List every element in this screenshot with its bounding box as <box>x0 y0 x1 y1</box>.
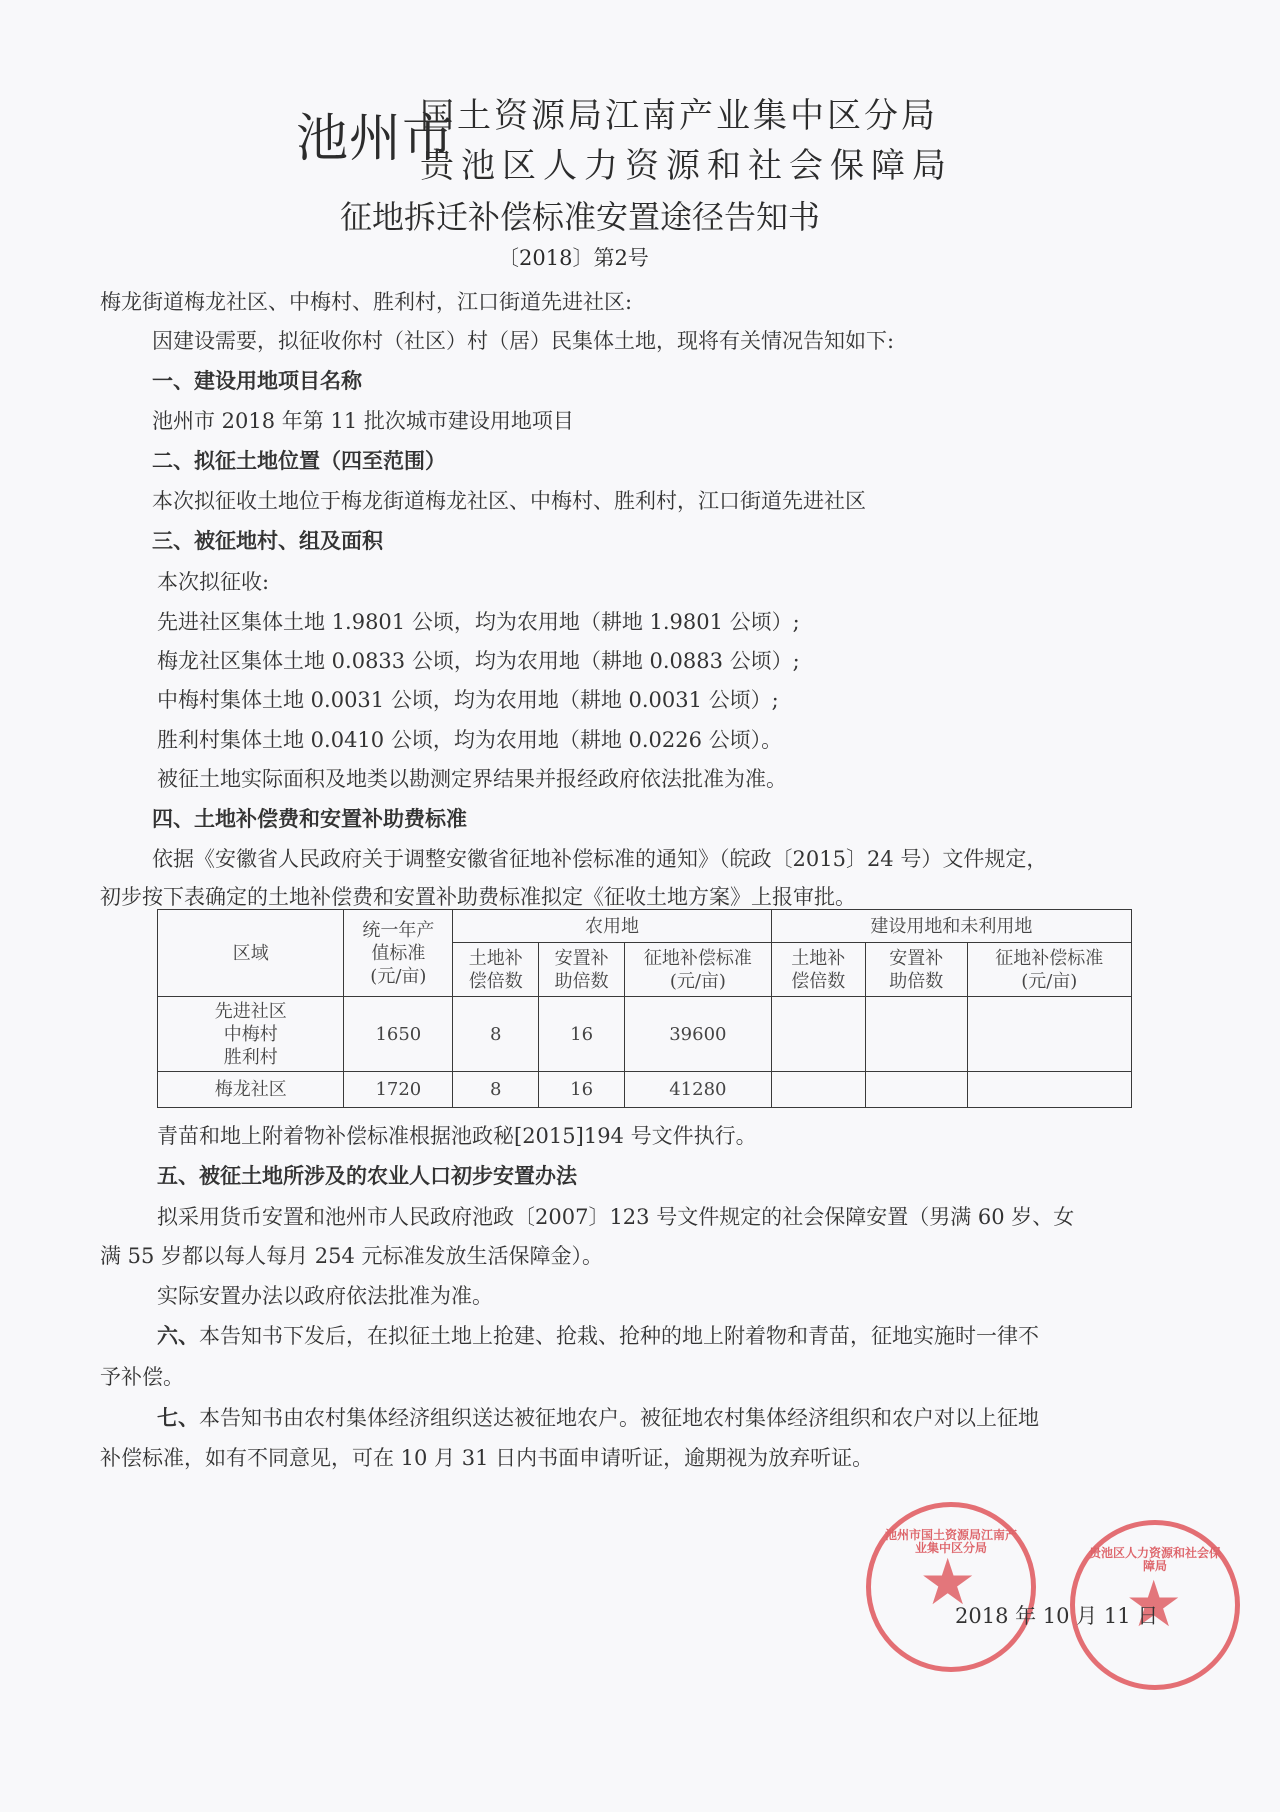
section-6-para-1: 六、本告知书下发后，在拟征土地上抢建、抢栽、抢种的地上附着物和青苗，征地实施时一… <box>157 1320 1039 1350</box>
cell-farm-resettle: 16 <box>539 1072 625 1108</box>
cell-con-land-comp <box>771 997 865 1072</box>
section-7-para-1: 七、本告知书由农村集体经济组织送达被征地农户。被征地农村集体经济组织和农户对以上… <box>157 1402 1039 1432</box>
header-line: (元/亩) <box>968 970 1132 993</box>
section-5-para-1: 拟采用货币安置和池州市人民政府池政〔2007〕123 号文件规定的社会保障安置（… <box>157 1201 1074 1231</box>
header-line: 土地补 <box>772 947 865 970</box>
header-line: 安置补 <box>866 947 967 970</box>
intro-paragraph: 因建设需要，拟征收你村（社区）村（居）民集体土地，现将有关情况告知如下: <box>152 325 894 355</box>
cell-region: 梅龙社区 <box>158 1072 344 1108</box>
header-org-1: 国土资源局江南产业集中区分局 <box>420 88 938 137</box>
section-5-heading: 五、被征土地所涉及的农业人口初步安置办法 <box>157 1160 577 1190</box>
header-group-farm: 农用地 <box>453 910 771 943</box>
header-line: 征地补偿标准 <box>968 947 1132 970</box>
section-3-line: 梅龙社区集体土地 0.0833 公顷，均为农用地（耕地 0.0883 公顷）; <box>157 645 800 675</box>
section-5-para-3: 实际安置办法以政府依法批准为准。 <box>157 1280 493 1310</box>
section-4-para-2: 初步按下表确定的土地补偿费和安置补助费标准拟定《征收土地方案》上报审批。 <box>100 881 856 911</box>
section-3-line: 被征土地实际面积及地类以勘测定界结果并报经政府依法批准为准。 <box>157 763 787 793</box>
section-4-heading: 四、土地补偿费和安置补助费标准 <box>152 803 467 833</box>
section-2-body: 本次拟征收土地位于梅龙街道梅龙社区、中梅村、胜利村，江口街道先进社区 <box>152 485 866 515</box>
document-title: 征地拆迁补偿标准安置途径告知书 <box>340 192 820 238</box>
cell-region: 先进社区 中梅村 胜利村 <box>158 997 344 1072</box>
cell-farm-standard: 39600 <box>625 997 772 1072</box>
header-farm-resettle: 安置补助倍数 <box>539 943 625 997</box>
header-farm-land-comp: 土地补偿倍数 <box>453 943 539 997</box>
section-1-body: 池州市 2018 年第 11 批次城市建设用地项目 <box>152 405 574 435</box>
header-annual-value-line: (元/亩) <box>344 965 452 988</box>
section-4-para-1: 依据《安徽省人民政府关于调整安徽省征地补偿标准的通知》（皖政〔2015〕24 号… <box>152 843 1047 873</box>
cell-annual-value: 1720 <box>344 1072 453 1108</box>
header-annual-value: 统一年产 值标准 (元/亩) <box>344 910 453 997</box>
section-1-heading: 一、建设用地项目名称 <box>152 365 362 395</box>
header-line: 偿倍数 <box>453 970 538 993</box>
section-3-line: 本次拟征收: <box>157 566 269 596</box>
cell-con-land-comp <box>771 1072 865 1108</box>
seal-text: 贵池区人力资源和社会保障局 <box>1089 1547 1221 1573</box>
region-line: 胜利村 <box>158 1046 343 1069</box>
compensation-table: 区域 统一年产 值标准 (元/亩) 农用地 建设用地和未利用地 土地补偿倍数 安… <box>157 909 1132 1108</box>
region-line: 中梅村 <box>158 1023 343 1046</box>
section-3-heading: 三、被征地村、组及面积 <box>152 525 383 555</box>
header-line: 安置补 <box>539 947 624 970</box>
cell-con-standard <box>967 1072 1132 1108</box>
cell-annual-value: 1650 <box>344 997 453 1072</box>
document-page: 池州市 国土资源局江南产业集中区分局 贵池区人力资源和社会保障局 征地拆迁补偿标… <box>0 0 1280 1812</box>
region-line: 先进社区 <box>158 1000 343 1023</box>
addressee: 梅龙街道梅龙社区、中梅村、胜利村，江口街道先进社区: <box>100 286 632 316</box>
header-con-land-comp: 土地补偿倍数 <box>771 943 865 997</box>
header-con-standard: 征地补偿标准(元/亩) <box>967 943 1132 997</box>
header-line: 助倍数 <box>539 970 624 993</box>
section-3-line: 中梅村集体土地 0.0031 公顷，均为农用地（耕地 0.0031 公顷）; <box>157 684 779 714</box>
section-5-para-2: 满 55 岁都以每人每月 254 元标准发放生活保障金）。 <box>100 1240 603 1270</box>
header-line: 偿倍数 <box>772 970 865 993</box>
cell-farm-standard: 41280 <box>625 1072 772 1108</box>
issue-date: 2018 年 10 月 11 日 <box>955 1600 1158 1630</box>
header-con-resettle: 安置补助倍数 <box>865 943 967 997</box>
section-2-heading: 二、拟征土地位置（四至范围） <box>152 445 446 475</box>
seal-text: 池州市国土资源局江南产业集中区分局 <box>883 1529 1019 1555</box>
section-7-text: 本告知书由农村集体经济组织送达被征地农户。被征地农村集体经济组织和农户对以上征地 <box>199 1406 1039 1430</box>
section-7-lead: 七、 <box>157 1406 199 1430</box>
header-org-2: 贵池区人力资源和社会保障局 <box>420 138 953 187</box>
cell-farm-land-comp: 8 <box>453 997 539 1072</box>
header-line: 助倍数 <box>866 970 967 993</box>
cell-con-resettle <box>865 1072 967 1108</box>
document-number: 〔2018〕第2号 <box>498 242 649 272</box>
cell-con-standard <box>967 997 1132 1072</box>
official-seal-land-bureau: ★ 池州市国土资源局江南产业集中区分局 <box>866 1502 1036 1672</box>
header-region: 区域 <box>158 910 344 997</box>
header-farm-standard: 征地补偿标准(元/亩) <box>625 943 772 997</box>
header-line: 征地补偿标准 <box>625 947 771 970</box>
table-row: 先进社区 中梅村 胜利村 1650 8 16 39600 <box>158 997 1132 1072</box>
cell-farm-land-comp: 8 <box>453 1072 539 1108</box>
header-annual-value-line: 值标准 <box>344 942 452 965</box>
cell-farm-resettle: 16 <box>539 997 625 1072</box>
header-line: 土地补 <box>453 947 538 970</box>
table-row: 梅龙社区 1720 8 16 41280 <box>158 1072 1132 1108</box>
header-group-construction: 建设用地和未利用地 <box>771 910 1131 943</box>
section-6-text: 本告知书下发后，在拟征土地上抢建、抢栽、抢种的地上附着物和青苗，征地实施时一律不 <box>199 1324 1039 1348</box>
section-6-para-2: 予补偿。 <box>100 1361 184 1391</box>
section-7-para-2: 补偿标准，如有不同意见，可在 10 月 31 日内书面申请听证，逾期视为放弃听证… <box>100 1442 873 1472</box>
section-6-lead: 六、 <box>157 1324 199 1348</box>
section-3-line: 胜利村集体土地 0.0410 公顷，均为农用地（耕地 0.0226 公顷）。 <box>157 724 782 754</box>
header-annual-value-line: 统一年产 <box>344 919 452 942</box>
cell-con-resettle <box>865 997 967 1072</box>
section-3-line: 先进社区集体土地 1.9801 公顷，均为农用地（耕地 1.9801 公顷）; <box>157 606 800 636</box>
header-line: (元/亩) <box>625 970 771 993</box>
section-4-after-table: 青苗和地上附着物补偿标准根据池政秘[2015]194 号文件执行。 <box>157 1120 757 1150</box>
